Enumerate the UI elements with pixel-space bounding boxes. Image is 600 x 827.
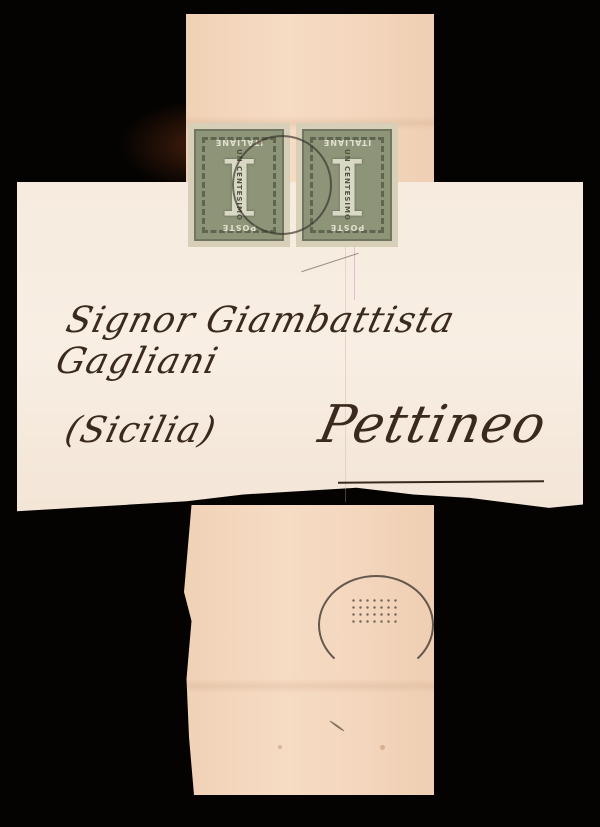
postmark-cancel: [232, 135, 332, 235]
paper-spot: [380, 745, 385, 750]
address-region: (Sicilia): [61, 410, 221, 451]
pencil-line: [354, 240, 355, 300]
paper-spot: [278, 745, 282, 749]
postmark-lettering: [350, 597, 400, 627]
photo-scene: ITALIANE I UN CENTESIMO POSTE ITALIANE I…: [0, 0, 600, 827]
address-line-1: Signor Giambattista Gagliani: [52, 300, 600, 382]
stamp-value-text: UN CENTESIMO: [343, 149, 351, 221]
stamp-bottom-text: POSTE: [304, 223, 390, 232]
address-town: Pettineo: [314, 395, 552, 455]
postmark-circular: [318, 575, 434, 675]
paper-spot: [258, 140, 264, 144]
